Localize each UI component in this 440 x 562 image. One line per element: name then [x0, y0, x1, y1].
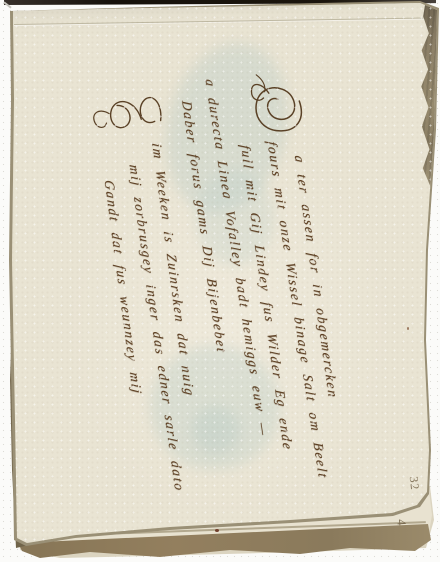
handwriting-block: a ter assen for in obgemercken fours mit… — [84, 67, 353, 474]
ink-speck — [407, 327, 409, 330]
page-top-crease — [14, 17, 432, 25]
manuscript-photo: 40 a ter assen for in obgemercken fours … — [0, 0, 440, 562]
manuscript-page: a ter assen for in obgemercken fours mit… — [0, 0, 440, 562]
folio-number: 32 — [406, 476, 422, 491]
fly-speck — [215, 529, 219, 532]
